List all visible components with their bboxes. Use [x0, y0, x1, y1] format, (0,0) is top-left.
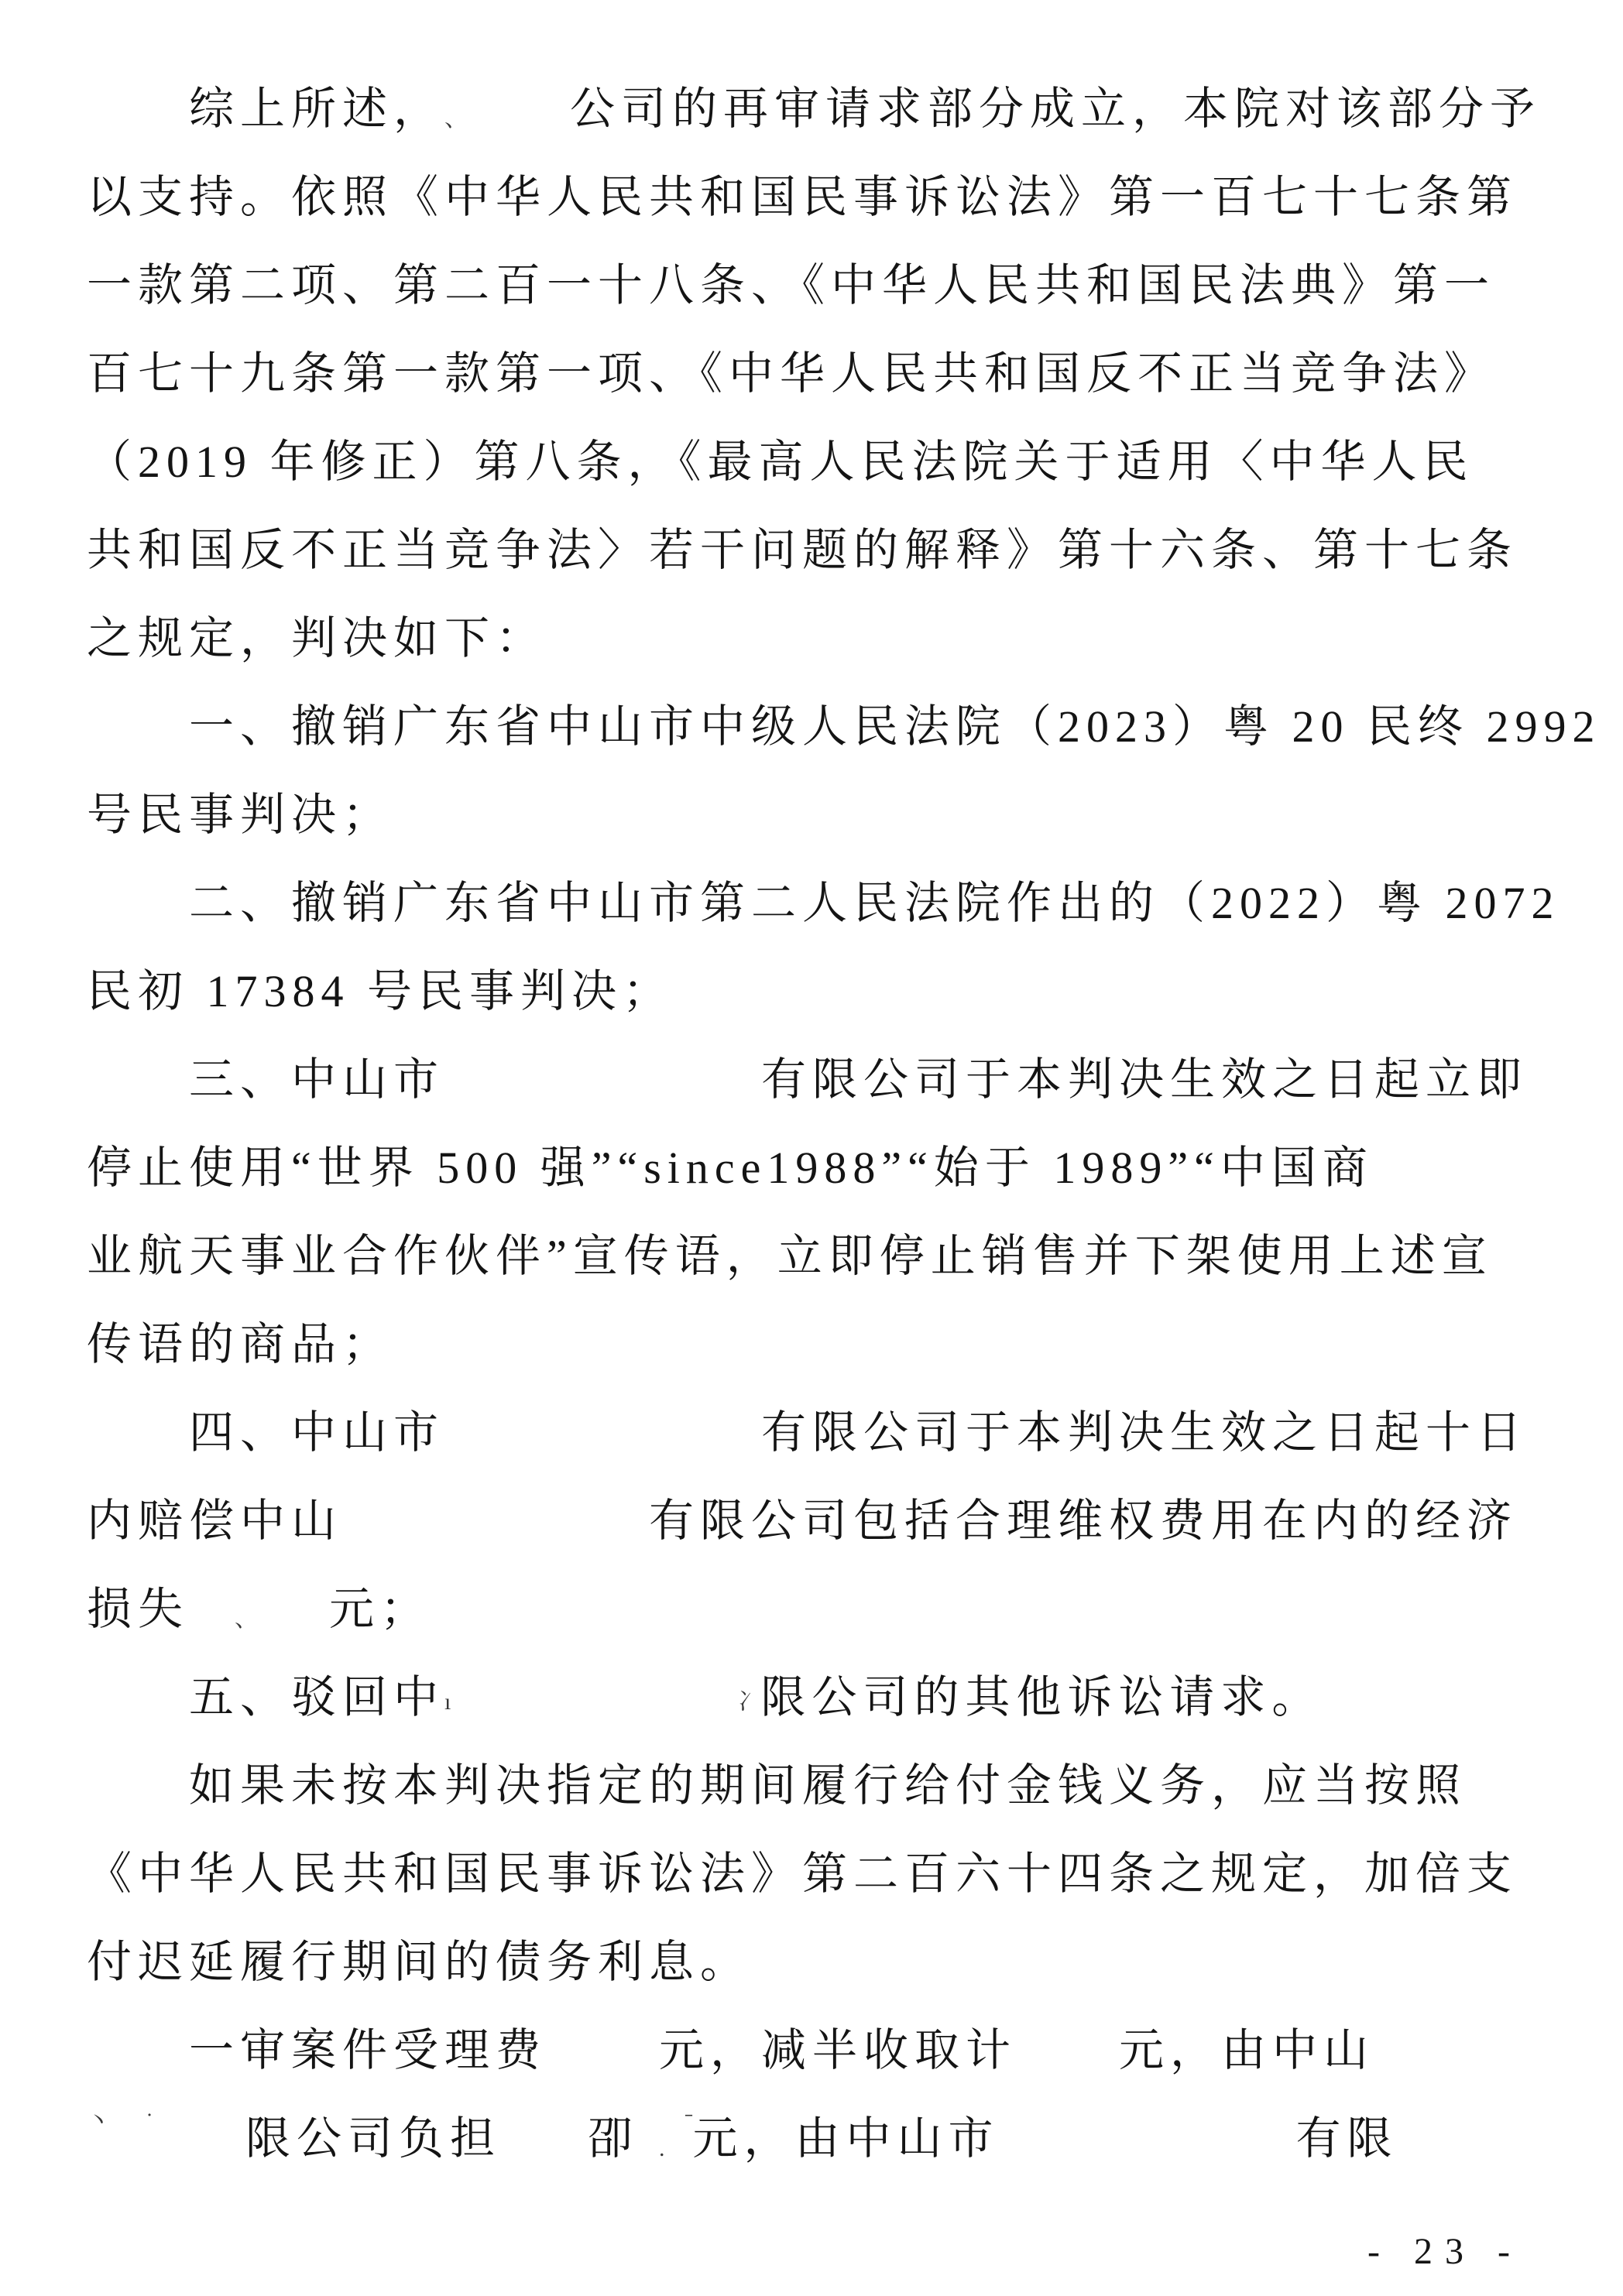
- text-line: 民初 17384 号民事判决；: [87, 948, 1539, 1036]
- redaction-gap: [258, 1623, 329, 1624]
- text-run: 共和国反不正当竞争法〉若干问题的解释》第十六条、第十七条: [87, 525, 1518, 575]
- text-line: 传语的商品；: [87, 1300, 1539, 1389]
- redaction-gap: [110, 2152, 146, 2154]
- text-line: 《中华人民共和国民事诉讼法》第二百六十四条之规定，加倍支: [87, 1830, 1539, 1918]
- redaction-gap: [1000, 2152, 1296, 2154]
- text-run: 付迟延履行期间的债务利息。: [87, 1937, 751, 1987]
- text-line: （2019 年修正）第八条，《最高人民法院关于适用〈中华人民: [87, 418, 1539, 506]
- text-run: 公司的再审请求部分成立，本院对该部分予: [570, 84, 1541, 134]
- redaction-mark: 、: [235, 1585, 258, 1653]
- redaction-gap: [639, 2152, 659, 2154]
- text-line: 三、中山市有限公司于本判决生效之日起立即: [87, 1036, 1539, 1124]
- text-line: 付迟延履行期间的债务利息。: [87, 1918, 1539, 2006]
- text-line: 如果未按本判决指定的期间履行给付金钱义务，应当按照: [87, 1742, 1539, 1830]
- text-line: 五、驳回中ı冫限公司的其他诉讼请求。: [87, 1653, 1539, 1742]
- text-line: 内赔偿中山有限公司包括合理维权费用在内的经济: [87, 1477, 1539, 1565]
- text-run: 综上所述，: [189, 84, 444, 134]
- redaction-gap: [501, 2152, 588, 2154]
- text-line: 停止使用“世界 500 强”“since1988”“始于 1989”“中国商: [87, 1124, 1539, 1212]
- text-run: 《中华人民共和国民事诉讼法》第二百六十四条之规定，加倍支: [87, 1849, 1518, 1899]
- text-line: 一款第二项、第二百一十八条、《中华人民共和国民法典》第一: [87, 242, 1539, 330]
- redaction-gap: [444, 1446, 761, 1448]
- redaction-gap: [468, 122, 570, 124]
- text-line: 一审案件受理费元，减半收取计元，由中山: [87, 2006, 1539, 2095]
- redaction-gap: [665, 2152, 685, 2154]
- redaction-mark: 丶: [87, 2095, 110, 2149]
- text-line: 号民事判决；: [87, 771, 1539, 859]
- text-run: 四、中山市: [189, 1407, 444, 1458]
- text-run: 以支持。依照《中华人民共和国民事诉讼法》第一百七十七条第: [87, 172, 1518, 222]
- text-run: 百七十九条第一款第一项、《中华人民共和国反不正当竞争法》: [87, 348, 1495, 399]
- text-run: 民初 17384 号民事判决；: [87, 966, 674, 1016]
- text-line: 之规定，判决如下：: [87, 595, 1539, 683]
- redaction-gap: [451, 1711, 737, 1712]
- text-run: 元，由中山市: [693, 2113, 1000, 2164]
- redaction-gap: [444, 1093, 761, 1095]
- text-line: 综上所述，、公司的再审请求部分成立，本院对该部分予: [87, 65, 1539, 153]
- text-run: 停止使用“世界 500 强”“since1988”“始于 1989”“中国商: [87, 1143, 1374, 1193]
- text-line: 四、中山市有限公司于本判决生效之日起十日: [87, 1389, 1539, 1477]
- text-run: 损失: [87, 1584, 189, 1634]
- text-line: 损失、元；: [87, 1565, 1539, 1653]
- text-run: 如果未按本判决指定的期间履行给付金钱义务，应当按照: [189, 1760, 1467, 1811]
- text-run: （2019 年修正）第八条，《最高人民法院关于适用〈中华人民: [87, 437, 1474, 487]
- redaction-gap: [189, 1623, 235, 1624]
- redaction-gap: [547, 2064, 659, 2065]
- text-run: 内赔偿中山: [87, 1496, 342, 1546]
- redaction-gap: [1017, 2064, 1119, 2065]
- text-run: 业航天事业合作伙伴”宣传语，立即停止销售并下架使用上述宣: [87, 1231, 1493, 1281]
- text-line: 以支持。依照《中华人民共和国民事诉讼法》第一百七十七条第: [87, 153, 1539, 242]
- text-run: 一审案件受理费: [189, 2025, 547, 2075]
- text-run: 之规定，判决如下：: [87, 613, 547, 663]
- page-number: - 23 -: [1367, 2230, 1522, 2273]
- document-page: 综上所述，、公司的再审请求部分成立，本院对该部分予以支持。依照《中华人民共和国民…: [0, 0, 1623, 2296]
- text-run: 元，减半收取计: [659, 2025, 1017, 2075]
- text-line: 一、撤销广东省中山市中级人民法院（2023）粤 20 民终 2992: [87, 683, 1539, 771]
- text-run: 号民事判决；: [87, 790, 393, 840]
- redaction-gap: [342, 1534, 649, 1536]
- text-run: 传语的商品；: [87, 1319, 393, 1369]
- text-line: 二、撤销广东省中山市第二人民法院作出的（2022）粤 2072: [87, 859, 1539, 948]
- redaction-mark: ˙: [146, 2095, 153, 2149]
- text-run: 一款第二项、第二百一十八条、《中华人民共和国民法典》第一: [87, 260, 1495, 310]
- redaction-gap: [153, 2152, 245, 2154]
- text-run: 有限公司于本判决生效之日起十日: [761, 1407, 1528, 1458]
- redaction-mark: ˉ: [685, 2095, 693, 2149]
- text-run: 有限: [1296, 2113, 1398, 2164]
- text-line: 丶˙限公司负担卲.ˉ元，由中山市有限: [87, 2095, 1539, 2183]
- redaction-mark: .: [659, 2115, 665, 2183]
- text-line: 业航天事业合作伙伴”宣传语，立即停止销售并下架使用上述宣: [87, 1212, 1539, 1300]
- text-run: 卲: [588, 2113, 639, 2164]
- redaction-mark: 冫: [737, 1658, 760, 1746]
- redaction-mark: 、: [444, 85, 468, 153]
- text-run: 元；: [329, 1584, 431, 1634]
- text-run: 有限公司包括合理维权费用在内的经济: [649, 1496, 1518, 1546]
- text-run: 一、撤销广东省中山市中级人民法院（2023）粤 20 民终 2992: [189, 701, 1601, 752]
- judgment-text: 综上所述，、公司的再审请求部分成立，本院对该部分予以支持。依照《中华人民共和国民…: [87, 65, 1539, 2183]
- text-line: 共和国反不正当竞争法〉若干问题的解释》第十六条、第十七条: [87, 506, 1539, 595]
- text-run: 五、驳回中: [189, 1672, 444, 1722]
- text-line: 百七十九条第一款第一项、《中华人民共和国反不正当竞争法》: [87, 330, 1539, 418]
- text-run: 元，由中山: [1119, 2025, 1374, 2075]
- redaction-mark: ı: [444, 1658, 451, 1746]
- text-run: 有限公司于本判决生效之日起立即: [761, 1054, 1528, 1105]
- text-run: 限公司负担: [245, 2113, 501, 2164]
- text-run: 三、中山市: [189, 1054, 444, 1105]
- text-run: 二、撤销广东省中山市第二人民法院作出的（2022）粤 2072: [189, 878, 1560, 928]
- text-run: 限公司的其他诉讼请求。: [760, 1672, 1323, 1722]
